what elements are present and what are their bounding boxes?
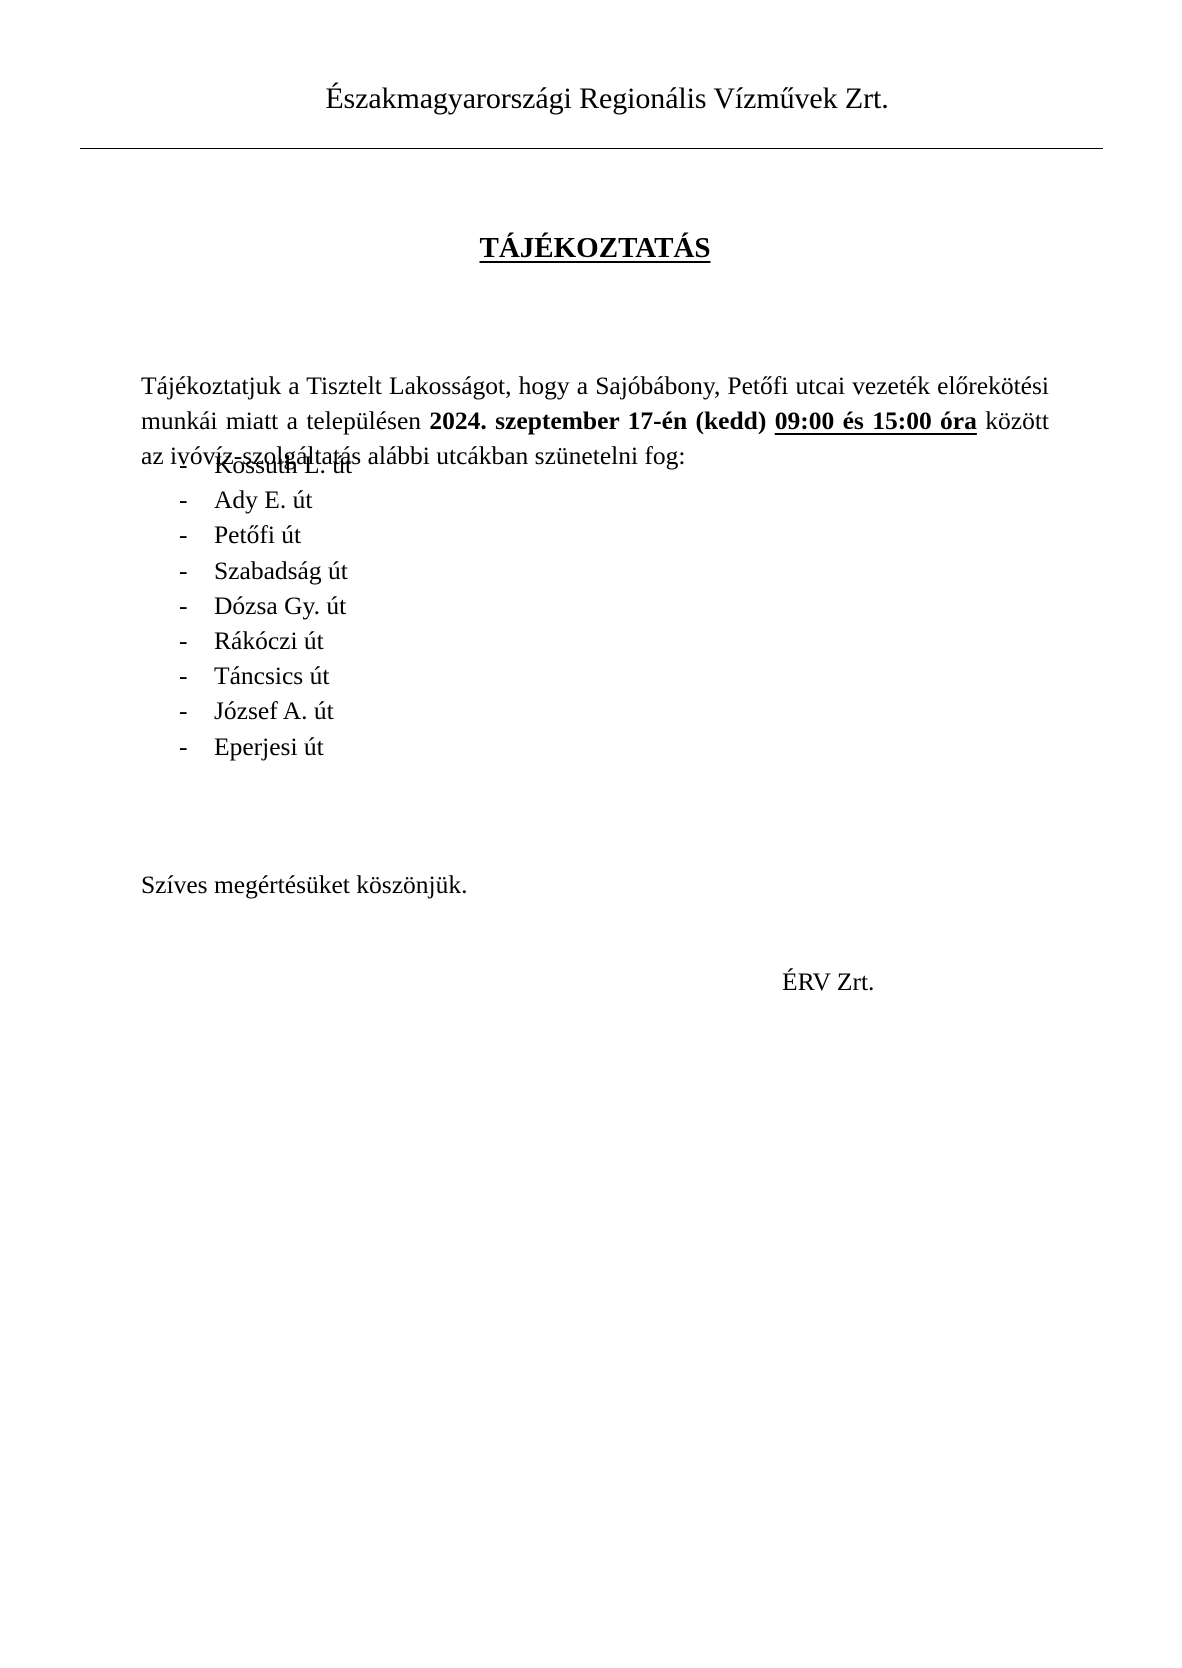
- street-name: Ady E. út: [214, 485, 312, 514]
- affected-streets-list: -Kossuth L. út -Ady E. út -Petőfi út -Sz…: [179, 447, 352, 764]
- street-name: József A. út: [214, 696, 334, 725]
- dash-marker: -: [179, 447, 188, 482]
- signature: ÉRV Zrt.: [782, 967, 874, 997]
- list-item: -Eperjesi út: [179, 729, 352, 764]
- street-name: Kossuth L. út: [214, 450, 352, 479]
- title-text: TÁJÉKOZTATÁS: [480, 232, 711, 264]
- street-name: Táncsics út: [214, 661, 329, 690]
- dash-marker: -: [179, 517, 188, 552]
- dash-marker: -: [179, 623, 188, 658]
- street-name: Petőfi út: [214, 520, 301, 549]
- header-divider: [80, 148, 1103, 149]
- street-name: Dózsa Gy. út: [214, 591, 346, 620]
- spacer: [766, 406, 774, 435]
- company-name: Északmagyarországi Regionális Vízművek Z…: [325, 82, 888, 115]
- dash-marker: -: [179, 588, 188, 623]
- document-title: TÁJÉKOZTATÁS: [0, 232, 1182, 265]
- street-name: Szabadság út: [214, 556, 348, 585]
- list-item: -Kossuth L. út: [179, 447, 352, 482]
- list-item: -Dózsa Gy. út: [179, 588, 352, 623]
- list-item: -Táncsics út: [179, 658, 352, 693]
- street-name: Eperjesi út: [214, 732, 324, 761]
- list-item: -Rákóczi út: [179, 623, 352, 658]
- company-header: Északmagyarországi Regionális Vízművek Z…: [0, 82, 1182, 116]
- street-name: Rákóczi út: [214, 626, 324, 655]
- dash-marker: -: [179, 553, 188, 588]
- closing-line: Szíves megértésüket köszönjük.: [141, 870, 467, 900]
- list-item: -Szabadság út: [179, 553, 352, 588]
- outage-time: 09:00 és 15:00 óra: [775, 406, 977, 435]
- list-item: -Ady E. út: [179, 482, 352, 517]
- dash-marker: -: [179, 729, 188, 764]
- list-item: -Petőfi út: [179, 517, 352, 552]
- dash-marker: -: [179, 693, 188, 728]
- dash-marker: -: [179, 482, 188, 517]
- list-item: -József A. út: [179, 693, 352, 728]
- dash-marker: -: [179, 658, 188, 693]
- outage-date: 2024. szeptember 17-én (kedd): [429, 406, 766, 435]
